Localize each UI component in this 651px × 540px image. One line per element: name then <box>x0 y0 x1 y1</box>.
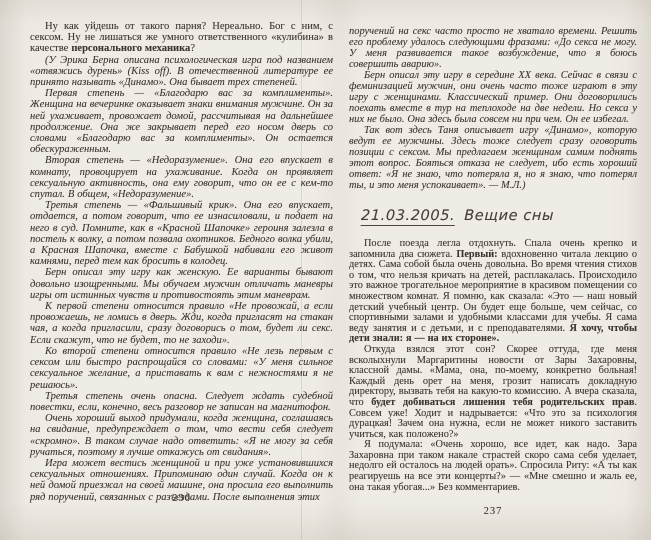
page-left-text: Ну как уйдешь от такого парня? Нереально… <box>30 21 333 503</box>
book-spread: Ну как уйдешь от такого парня? Нереально… <box>0 0 651 540</box>
paragraph: Первая степень — «Благодарю вас за компл… <box>30 88 333 155</box>
entry-date: 21.03.2005. <box>361 208 456 226</box>
paragraph: После поезда легла отдохнуть. Спала очен… <box>349 239 637 345</box>
entry-title: Вещие сны <box>464 208 554 224</box>
paragraph: Третья степень — «Фальшивый крик». Она е… <box>30 200 333 267</box>
paragraph: Третья степень очень опасна. Следует жда… <box>30 391 333 413</box>
paragraph: Вторая степень — «Недоразумение». Она ег… <box>30 155 333 200</box>
page-number-left: 236 <box>30 493 333 504</box>
page-right: поручений на секс часто просто не хватал… <box>349 26 637 493</box>
page-number-right: 237 <box>349 506 637 517</box>
page-right-body-text: После поезда легла отдохнуть. Спала очен… <box>349 239 637 493</box>
paragraph: Откуда взялся этот сон? Скорее оттуда, г… <box>349 345 637 440</box>
paragraph: (У Эрика Берна описана психологическая и… <box>30 55 333 89</box>
entry-heading: 21.03.2005.Вещие сны <box>361 207 638 226</box>
paragraph: Ну как уйдешь от такого парня? Нереально… <box>30 21 333 55</box>
paragraph: Ко второй степени относится правило «Не … <box>30 346 333 391</box>
paragraph: Берн описал эту игру в середине XX века.… <box>349 70 637 125</box>
paragraph: Очень хороший выход придумали, когда жен… <box>30 413 333 458</box>
paragraph: Берн описал эту игру как женскую. Ее вар… <box>30 267 333 301</box>
page-left: Ну как уйдешь от такого парня? Нереально… <box>30 21 333 503</box>
paragraph: Так вот здесь Таня описывает игру «Динам… <box>349 125 637 191</box>
paragraph: Я подумала: «Очень хорошо, все идет, как… <box>349 440 637 493</box>
paragraph: К первой степени относится правило «Не п… <box>30 301 333 346</box>
paragraph: поручений на секс часто просто не хватал… <box>349 26 637 70</box>
page-right-italic-text: поручений на секс часто просто не хватал… <box>349 26 637 191</box>
